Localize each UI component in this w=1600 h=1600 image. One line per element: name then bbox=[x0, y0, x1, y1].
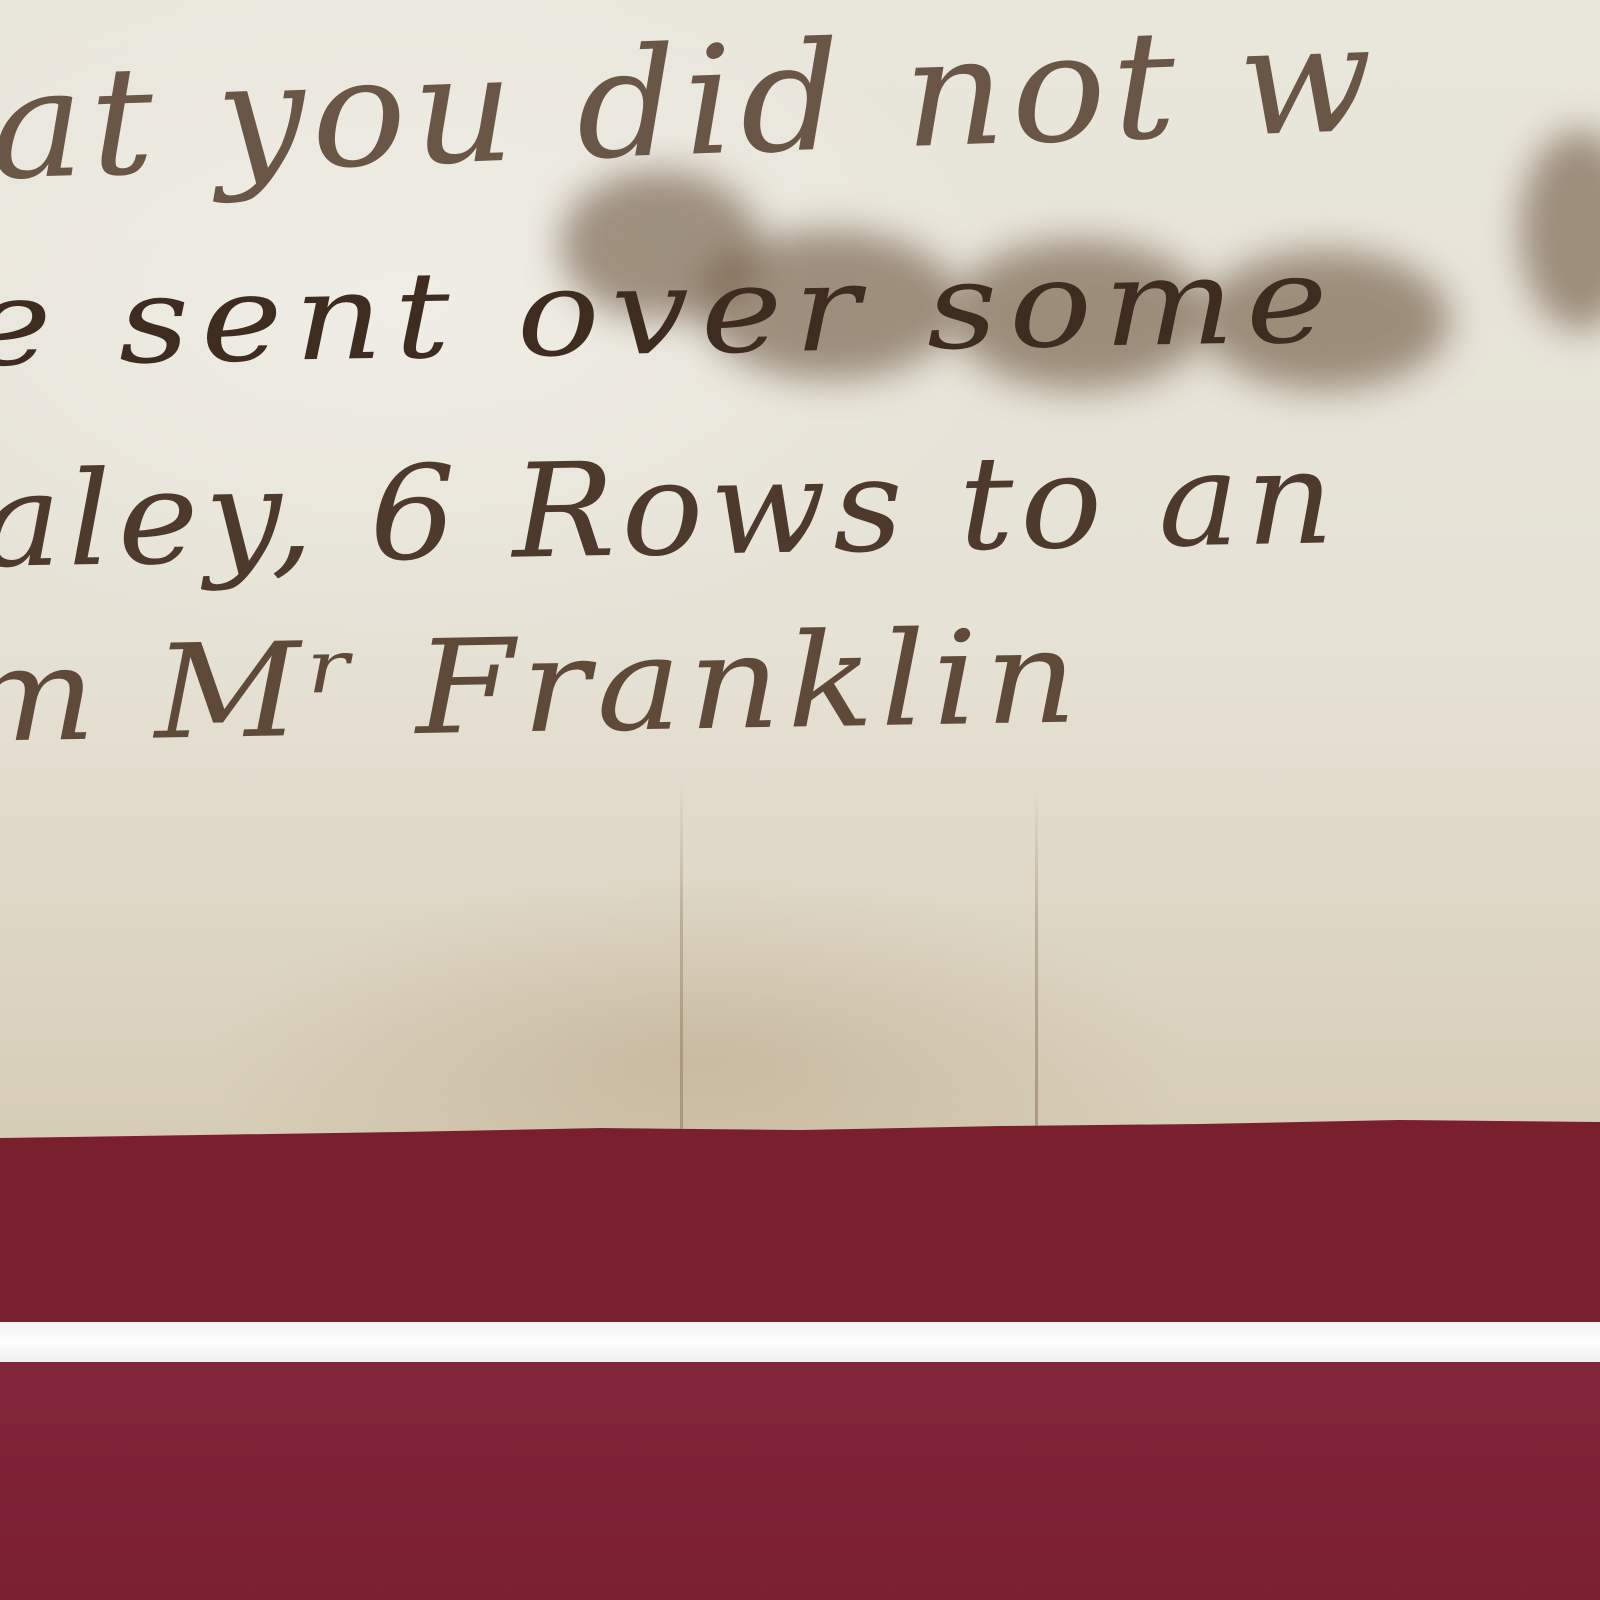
ink-stain bbox=[1520, 130, 1600, 330]
framed-letter-photo: at you did not w e sent over some aley, … bbox=[0, 0, 1600, 1600]
handwriting-line-3: aley, 6 Rows to an bbox=[0, 421, 1341, 597]
handwriting-line-1: at you did not w bbox=[0, 0, 1382, 214]
mat-bevel bbox=[0, 1322, 1600, 1362]
handwriting-line-2: e sent over some bbox=[0, 231, 1340, 394]
handwriting-line-4-signature: m Mʳ Franklin bbox=[0, 600, 1085, 772]
mat-upper bbox=[0, 1120, 1600, 1320]
fold-crease bbox=[680, 780, 683, 1140]
letter-paper: at you did not w e sent over some aley, … bbox=[0, 0, 1600, 1138]
mat-lower bbox=[0, 1362, 1600, 1600]
fold-crease bbox=[1035, 790, 1038, 1130]
